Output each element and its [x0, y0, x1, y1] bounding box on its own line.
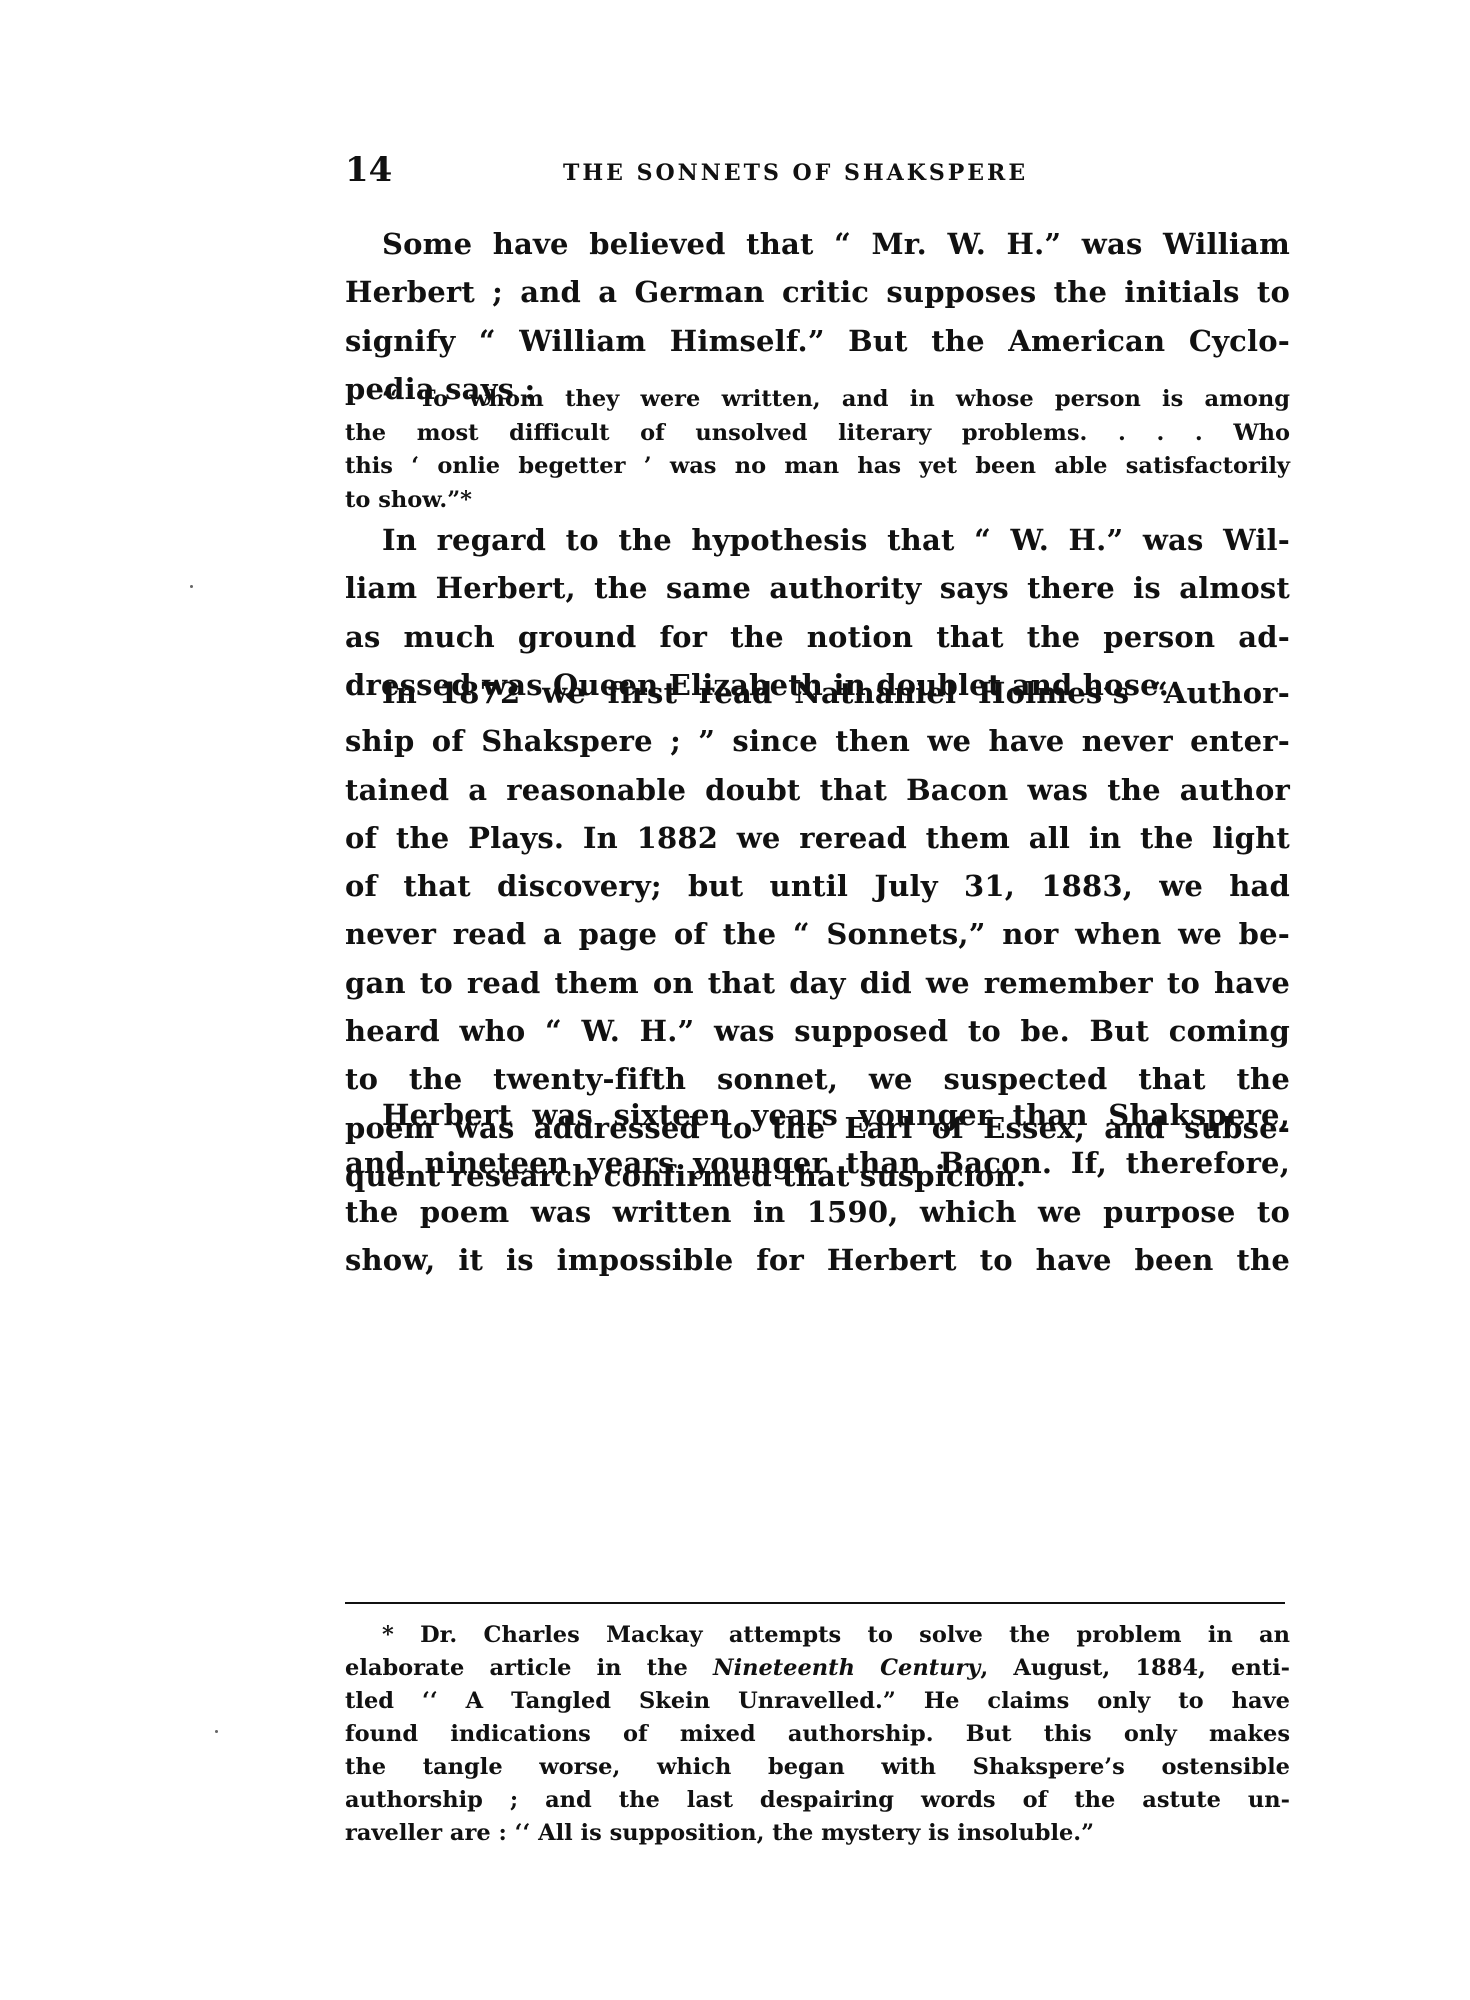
footnote-rule: [345, 1602, 1285, 1604]
text-line: In 1872 we first read Nathaniel Holmes’s…: [345, 669, 1290, 717]
journal-title: Nineteenth Century: [713, 1655, 980, 1681]
text-line: Some have believed that “ Mr. W. H.” was…: [345, 220, 1290, 268]
footnote: * Dr. Charles Mackay attempts to solve t…: [345, 1619, 1290, 1850]
footnote-line: tled ‘‘ A Tangled Skein Unravelled.” He …: [345, 1685, 1290, 1718]
text-line: show, it is impossible for Herbert to ha…: [345, 1236, 1290, 1284]
scan-speck: [190, 585, 193, 588]
quote-line: this ‘ onlie begetter ’ was no man has y…: [345, 450, 1290, 484]
text-line: heard who “ W. H.” was supposed to be. B…: [345, 1007, 1290, 1055]
text-line: liam Herbert, the same authority says th…: [345, 564, 1290, 612]
footnote-line: raveller are : ‘‘ All is supposition, th…: [345, 1817, 1290, 1850]
text-line: ship of Shakspere ; ” since then we have…: [345, 717, 1290, 765]
text-line: of that discovery; but until July 31, 18…: [345, 862, 1290, 910]
text-line: In regard to the hypothesis that “ W. H.…: [345, 516, 1290, 564]
footnote-line: elaborate article in the Nineteenth Cent…: [345, 1652, 1290, 1685]
page-number: 14: [345, 150, 392, 190]
quote-line: ‘‘ To whom they were written, and in who…: [345, 383, 1290, 417]
scan-speck: [215, 1730, 218, 1733]
text-line: tained a reasonable doubt that Bacon was…: [345, 766, 1290, 814]
text-line: as much ground for the notion that the p…: [345, 613, 1290, 661]
quote-line: to show.”*: [345, 484, 1290, 518]
block-quote: ‘‘ To whom they were written, and in who…: [345, 383, 1290, 517]
quote-line: the most difficult of unsolved literary …: [345, 417, 1290, 451]
text-line: the poem was written in 1590, which we p…: [345, 1188, 1290, 1236]
text-line: gan to read them on that day did we reme…: [345, 959, 1290, 1007]
footnote-line: * Dr. Charles Mackay attempts to solve t…: [345, 1619, 1290, 1652]
text-line: Herbert was sixteen years younger than S…: [345, 1091, 1290, 1139]
text-line: Herbert ; and a German critic supposes t…: [345, 268, 1290, 316]
text-line: of the Plays. In 1882 we reread them all…: [345, 814, 1290, 862]
text-line: never read a page of the “ Sonnets,” nor…: [345, 910, 1290, 958]
page-header: 14 THE SONNETS OF SHAKSPERE: [345, 150, 1305, 200]
text-line: signify “ William Himself.” But the Amer…: [345, 317, 1290, 365]
footnote-text: , August, 1884, enti-: [980, 1655, 1290, 1681]
running-head: THE SONNETS OF SHAKSPERE: [563, 160, 1028, 186]
footnote-line: found indications of mixed authorship. B…: [345, 1718, 1290, 1751]
paragraph-4: Herbert was sixteen years younger than S…: [345, 1091, 1290, 1284]
text-line: and nineteen years younger than Bacon. I…: [345, 1139, 1290, 1187]
footnote-line: the tangle worse, which began with Shaks…: [345, 1751, 1290, 1784]
footnote-text: elaborate article in the: [345, 1655, 713, 1681]
book-page: 14 THE SONNETS OF SHAKSPERE Some have be…: [0, 0, 1470, 2000]
footnote-line: authorship ; and the last despairing wor…: [345, 1784, 1290, 1817]
